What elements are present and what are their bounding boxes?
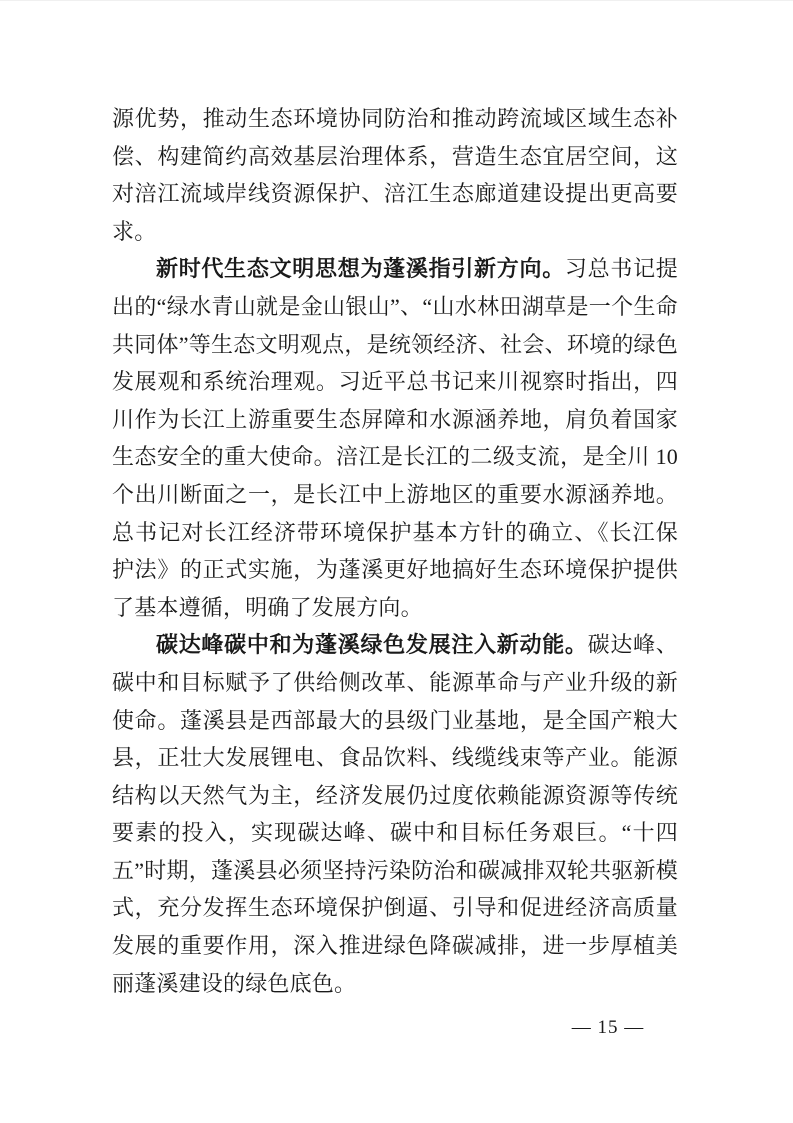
page-body-text: 源优势，推动生态环境协同防治和推动跨流域区域生态补偿、构建简约高效基层治理体系，… [112,100,678,1002]
paragraph-text: 源优势，推动生态环境协同防治和推动跨流域区域生态补偿、构建简约高效基层治理体系，… [112,106,678,244]
paragraph-text: 碳达峰、碳中和目标赋予了供给侧改革、能源革命与产业升级的新使命。蓬溪县是西部最大… [112,632,678,995]
paragraph-lead: 新时代生态文明思想为蓬溪指引新方向。 [156,256,565,281]
paragraph: 源优势，推动生态环境协同防治和推动跨流域区域生态补偿、构建简约高效基层治理体系，… [112,100,678,250]
paragraph-lead: 碳达峰碳中和为蓬溪绿色发展注入新动能。 [156,632,588,657]
paragraph: 碳达峰碳中和为蓬溪绿色发展注入新动能。碳达峰、碳中和目标赋予了供给侧改革、能源革… [112,626,678,1002]
paragraph: 新时代生态文明思想为蓬溪指引新方向。习总书记提出的“绿水青山就是金山银山”、“山… [112,250,678,626]
page-number: — 15 — [558,1017,658,1039]
paragraph-text: 习总书记提出的“绿水青山就是金山银山”、“山水林田湖草是一个生命共同体”等生态文… [112,256,678,619]
document-page: 源优势，推动生态环境协同防治和推动跨流域区域生态补偿、构建简约高效基层治理体系，… [0,0,793,1123]
